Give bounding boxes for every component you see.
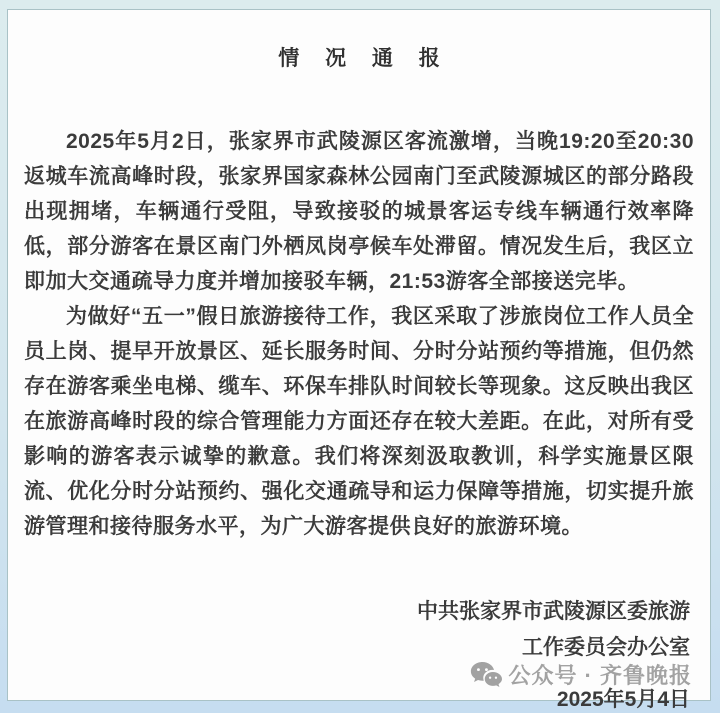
wechat-icon [470, 661, 502, 688]
screenshot-root: { "page": { "title": "情 况 通 报", "paragra… [0, 0, 720, 713]
publisher-watermark: 公众号 · 齐鲁晚报 [470, 659, 692, 690]
notice-paragraph-1: 2025年5月2日，张家界市武陵源区客流激增，当晚19:20至20:30返城车流… [24, 124, 694, 299]
notice-body: 2025年5月2日，张家界市武陵源区客流激增，当晚19:20至20:30返城车流… [24, 124, 694, 544]
notice-paragraph-2: 为做好“五一”假日旅游接待工作，我区采取了涉旅岗位工作人员全员上岗、提早开放景区… [24, 299, 694, 544]
signature-block: 中共张家界市武陵源区委旅游 工作委员会办公室 2025年5月4日 [24, 594, 694, 713]
notice-title: 情 况 通 报 [24, 42, 694, 72]
watermark-text: 公众号 · 齐鲁晚报 [508, 659, 692, 690]
notice-document-page: 情 况 通 报 2025年5月2日，张家界市武陵源区客流激增，当晚19:20至2… [7, 9, 711, 701]
signature-org-line-1: 中共张家界市武陵源区委旅游 [24, 594, 690, 630]
